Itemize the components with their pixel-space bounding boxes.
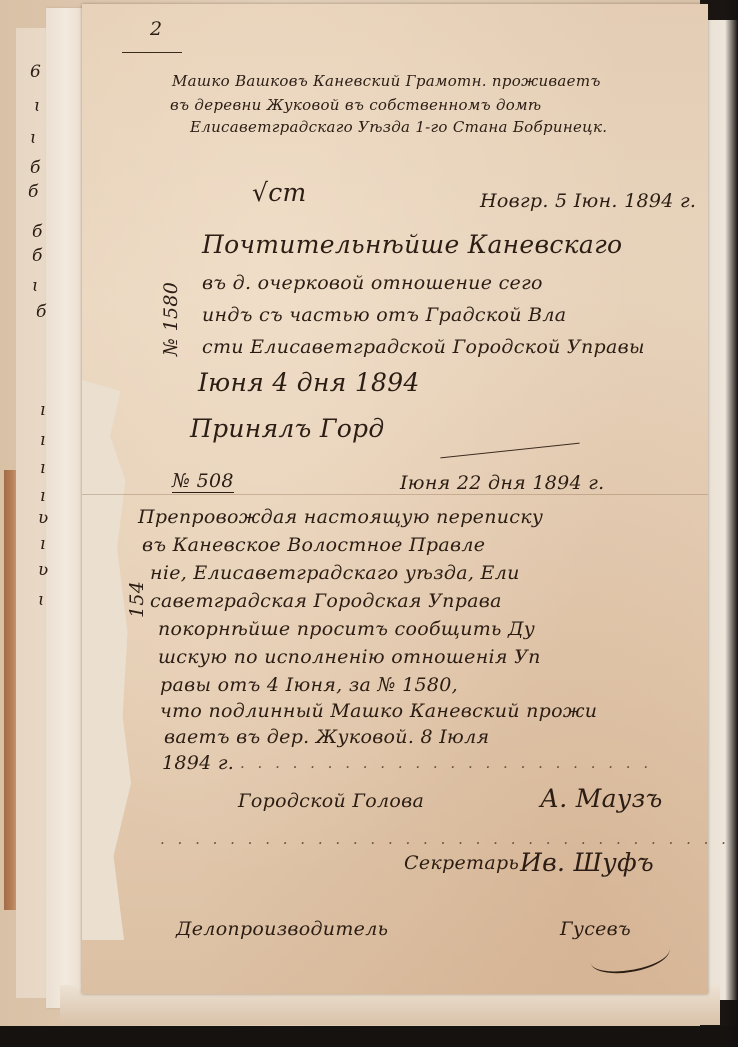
body-line: Почтительнѣйше Каневскаго: [202, 230, 622, 259]
body-line: шскую по исполненію отношенія Уп: [158, 646, 541, 668]
page-fold-line: [82, 494, 708, 495]
clerk-signature: Гусевъ: [560, 918, 631, 940]
received-signature: Принялъ Горд: [190, 414, 385, 443]
header-line: Елисаветградскаго Уѣзда 1-го Стана Бобри…: [190, 118, 607, 136]
head-signature: А. Маузъ: [540, 784, 663, 813]
body-line: саветградская Городская Управа: [150, 590, 502, 612]
body-line: равы отъ 4 Іюня, за № 1580,: [160, 674, 458, 696]
date-received: Новгр. 5 Іюн. 1894 г.: [480, 190, 696, 212]
margin-registration-number: № 1580: [160, 282, 182, 356]
header-line: въ деревни Жуковой въ собственномъ домѣ: [170, 96, 541, 114]
body-line: въ Каневское Волостное Правле: [142, 534, 485, 556]
body-line: въ д. очерковой отношение сего: [202, 272, 543, 294]
body-line: что подлинный Машко Каневский прожи: [160, 700, 597, 722]
clerk-label: Делопроизводитель: [176, 918, 388, 940]
secretary-signature: Ив. Шуфъ: [520, 848, 654, 877]
body-line: сти Елисаветградской Городской Управы: [202, 336, 645, 358]
outgoing-number: № 508: [172, 470, 234, 493]
body-line: индъ съ частью отъ Градской Вла: [202, 304, 566, 326]
body-line: ніе, Елисаветградскаго уѣзда, Ели: [150, 562, 520, 584]
sheet-number: 2: [150, 18, 162, 40]
scan-background: [0, 1026, 738, 1047]
body-line: Препровождая настоящую переписку: [138, 506, 543, 528]
body-line: Іюня 4 дня 1894: [198, 368, 420, 397]
body-line: 1894 г.: [162, 752, 234, 774]
body-line: ваетъ въ дер. Жуковой. 8 Іюля: [164, 726, 489, 748]
sheet-number-dash: [122, 52, 182, 53]
head-label: Городской Голова: [238, 790, 424, 812]
check-mark: √ст: [252, 178, 307, 207]
dotted-line: . . . . . . . . . . . . . . . . . . . . …: [160, 830, 738, 848]
dotted-line: . . . . . . . . . . . . . . . . . . . . …: [240, 754, 652, 772]
secretary-label: Секретарь: [404, 852, 519, 874]
scan-shadow: [725, 0, 738, 1047]
margin-note: 154: [126, 581, 148, 618]
outgoing-date: Іюня 22 дня 1894 г.: [400, 472, 605, 494]
header-line: Машко Вашковъ Каневский Грамотн. прожива…: [172, 72, 601, 90]
body-line: покорнѣйше проситъ сообщить Ду: [158, 618, 535, 640]
